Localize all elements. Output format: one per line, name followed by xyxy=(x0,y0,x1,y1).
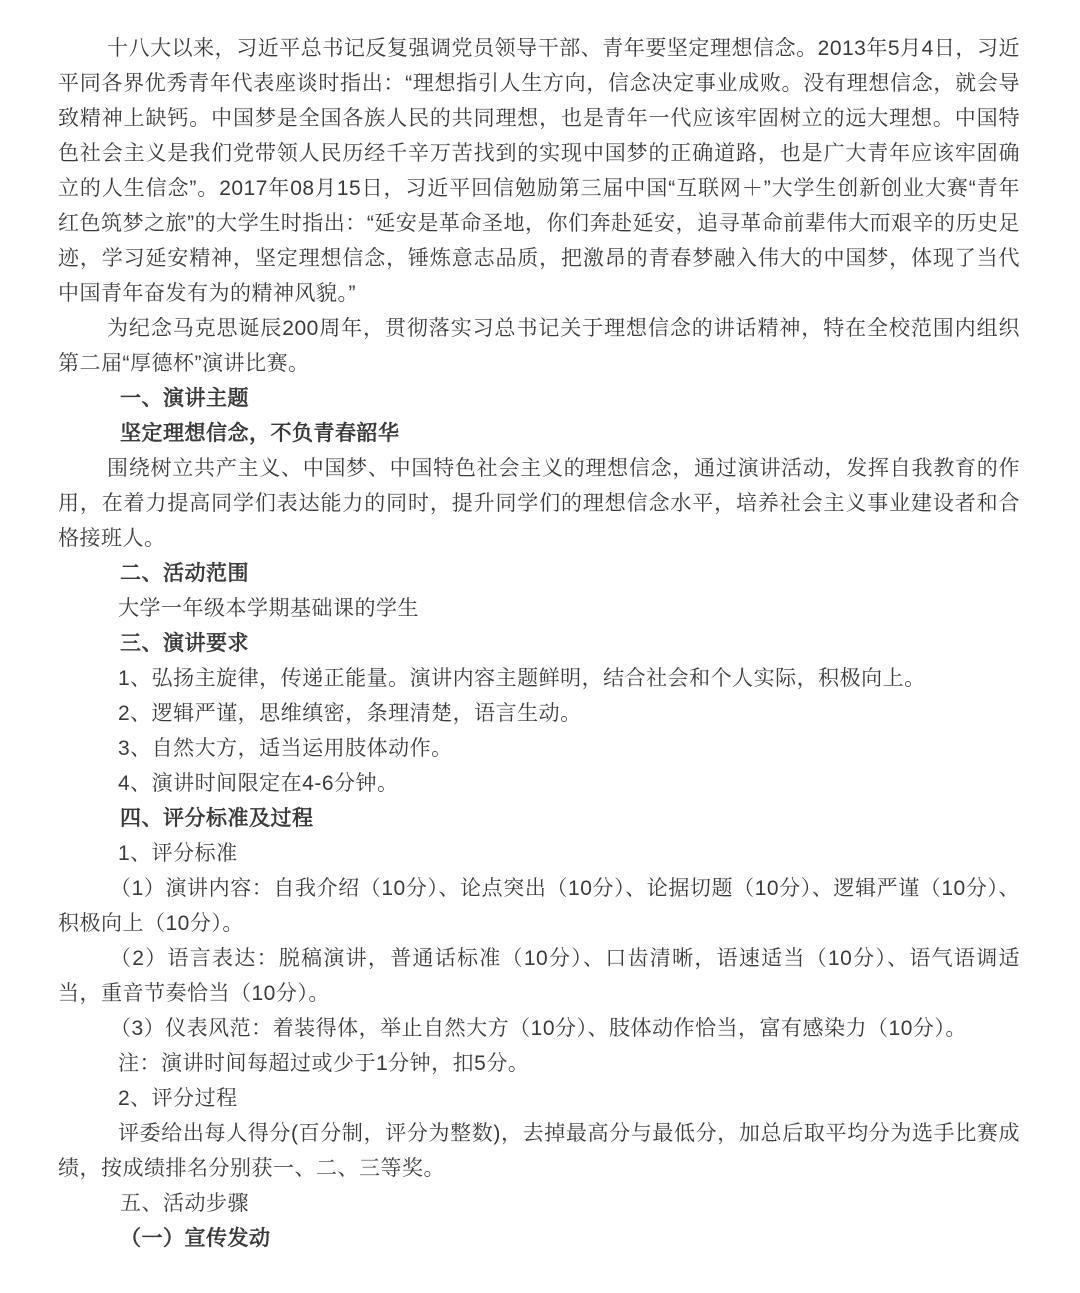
document-page: 十八大以来，习近平总书记反复强调党员领导干部、青年要坚定理想信念。2013年5月… xyxy=(0,0,1080,1293)
list-item-score-appearance: （3）仪表风范：着装得体，举止自然大方（10分）、肢体动作恰当，富有感染力（10… xyxy=(58,1011,1020,1046)
heading-scoring-criteria: 四、评分标准及过程 xyxy=(58,801,1020,836)
paragraph-theme-description: 围绕树立共产主义、中国梦、中国特色社会主义的理想信念，通过演讲活动，发挥自我教育… xyxy=(58,451,1020,556)
list-item-requirement-3: 3、自然大方，适当运用肢体动作。 xyxy=(58,731,1020,766)
heading-theme-slogan: 坚定理想信念，不负青春韶华 xyxy=(58,416,1020,451)
heading-step-publicity: （一）宣传发动 xyxy=(58,1221,1020,1256)
list-item-requirement-1: 1、弘扬主旋律，传递正能量。演讲内容主题鲜明，结合社会和个人实际，积极向上。 xyxy=(58,661,1020,696)
list-item-scoring-process: 2、评分过程 xyxy=(58,1081,1020,1116)
heading-activity-scope: 二、活动范围 xyxy=(58,556,1020,591)
note-time-penalty: 注：演讲时间每超过或少于1分钟，扣5分。 xyxy=(58,1046,1020,1081)
paragraph-background: 十八大以来，习近平总书记反复强调党员领导干部、青年要坚定理想信念。2013年5月… xyxy=(58,31,1020,311)
heading-speech-requirements: 三、演讲要求 xyxy=(58,626,1020,661)
list-item-scoring-criteria: 1、评分标准 xyxy=(58,836,1020,871)
list-item-score-content: （1）演讲内容：自我介绍（10分）、论点突出（10分）、论据切题（10分）、逻辑… xyxy=(58,871,1020,941)
text-activity-scope: 大学一年级本学期基础课的学生 xyxy=(58,591,1020,626)
paragraph-purpose: 为纪念马克思诞辰200周年，贯彻落实习总书记关于理想信念的讲话精神，特在全校范围… xyxy=(58,311,1020,381)
heading-activity-steps: 五、活动步骤 xyxy=(58,1186,1020,1221)
paragraph-scoring-process: 评委给出每人得分(百分制，评分为整数)，去掉最高分与最低分，加总后取平均分为选手… xyxy=(58,1116,1020,1186)
list-item-requirement-4: 4、演讲时间限定在4-6分钟。 xyxy=(58,766,1020,801)
list-item-score-language: （2）语言表达：脱稿演讲，普通话标准（10分）、口齿清晰，语速适当（10分）、语… xyxy=(58,941,1020,1011)
list-item-requirement-2: 2、逻辑严谨，思维缜密，条理清楚，语言生动。 xyxy=(58,696,1020,731)
heading-speech-theme: 一、演讲主题 xyxy=(58,381,1020,416)
